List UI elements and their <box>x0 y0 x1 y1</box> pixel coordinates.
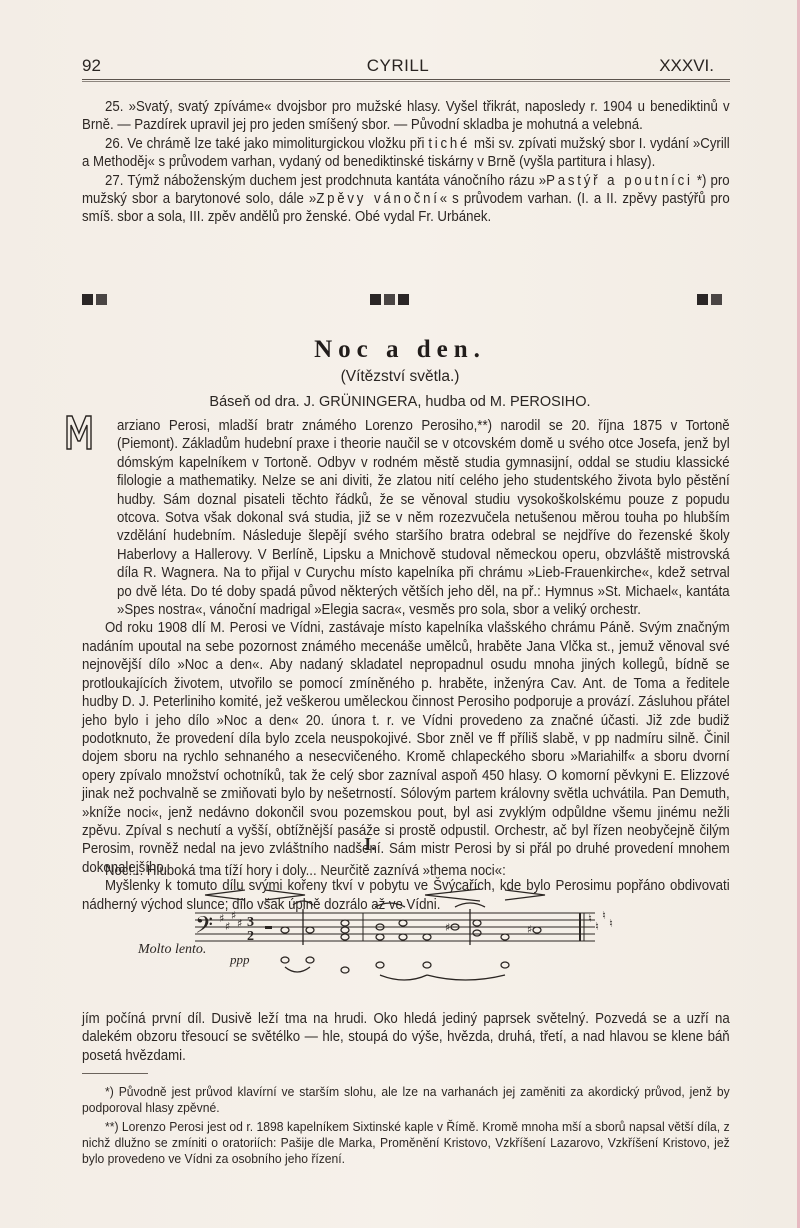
ornament-block <box>711 294 722 305</box>
dynamic-marking: ppp <box>230 952 250 968</box>
piece-credit: Báseň od dra. J. GRÜNINGERA, hudba od M.… <box>0 394 800 410</box>
music-notation: 𝄢 ♯♯♯♯ 32 <box>135 885 655 1005</box>
volume-number: XXXVI. <box>659 56 714 76</box>
ornament-block <box>398 294 409 305</box>
footnote-2: **) Lorenzo Perosi jest od r. 1898 kapel… <box>82 1119 730 1167</box>
section-intro: Noc!... Hluboká tma tíží hory i doly... … <box>82 862 730 880</box>
svg-text:♮: ♮ <box>609 917 613 930</box>
numbered-items: 25. »Svatý, svatý zpíváme« dvojsbor pro … <box>82 98 730 227</box>
svg-text:2: 2 <box>247 929 254 944</box>
footnote-1: *) Původně jest průvod klavírní ve starš… <box>82 1084 730 1116</box>
piece-subtitle: (Vítězství světla.) <box>0 368 800 386</box>
article-paragraph-1: arziano Perosi, mladší bratr známého Lor… <box>82 417 730 619</box>
item-25: 25. »Svatý, svatý zpíváme« dvojsbor pro … <box>82 98 730 135</box>
svg-text:♯: ♯ <box>445 921 450 934</box>
svg-text:♯: ♯ <box>231 909 236 922</box>
svg-text:3: 3 <box>247 915 254 930</box>
ornament-block <box>82 294 93 305</box>
footnotes: *) Původně jest průvod klavírní ve starš… <box>82 1084 730 1167</box>
ornament-block <box>384 294 395 305</box>
section-numeral: I. <box>0 834 740 855</box>
ornament-block <box>370 294 381 305</box>
svg-text:♮: ♮ <box>602 909 606 922</box>
document-page: 92 CYRILL XXXVI. 25. »Svatý, svatý zpívá… <box>0 0 800 1228</box>
svg-text:♮: ♮ <box>595 920 599 933</box>
svg-text:♯: ♯ <box>225 920 230 933</box>
ornament-block <box>697 294 708 305</box>
svg-text:♯: ♯ <box>237 917 242 930</box>
journal-title: CYRILL <box>82 56 714 76</box>
piece-title: Noc a den. <box>0 336 800 364</box>
svg-text:♯: ♯ <box>527 923 532 936</box>
footnote-rule <box>82 1073 148 1074</box>
svg-text:♯: ♯ <box>219 912 224 925</box>
item-27: 27. Týmž náboženským duchem jest prodchn… <box>82 172 730 227</box>
ornament-block <box>96 294 107 305</box>
after-music-text: jím počíná první díl. Dusivě leží tma na… <box>82 1010 730 1065</box>
item-26: 26. Ve chrámě lze také jako mimoliturgic… <box>82 135 730 172</box>
svg-text:♮: ♮ <box>588 912 592 925</box>
ornament-divider <box>82 294 730 308</box>
running-header: 92 CYRILL XXXVI. <box>82 56 714 78</box>
svg-text:𝄢: 𝄢 <box>195 911 213 944</box>
tempo-marking: Molto lento. <box>138 942 206 958</box>
header-rule <box>82 79 730 82</box>
